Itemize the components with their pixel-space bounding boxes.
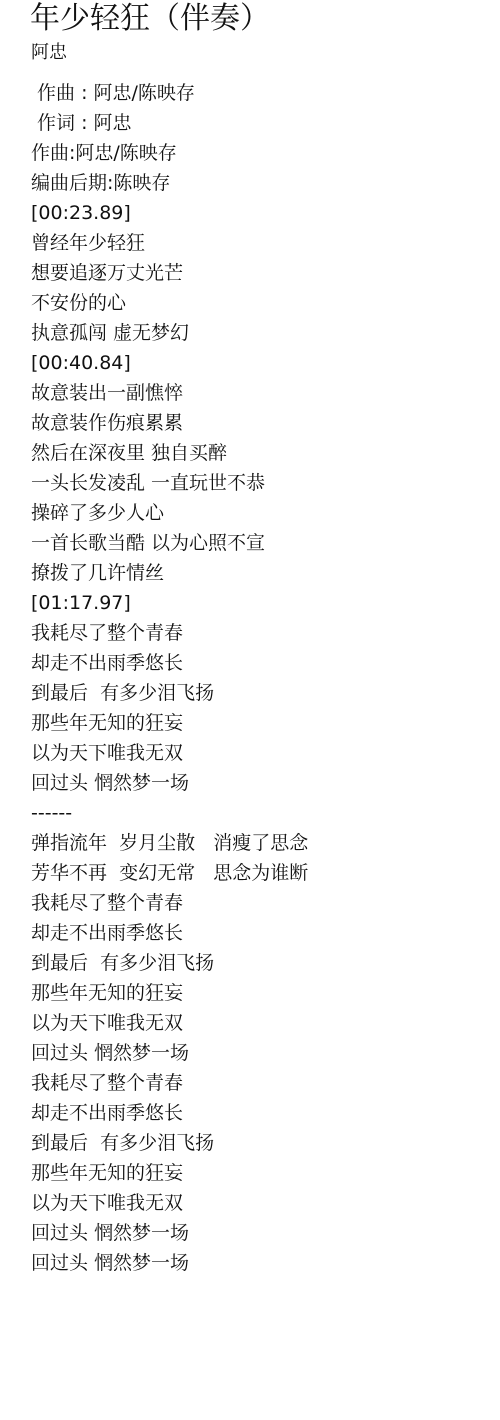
lyric-line: 我耗尽了整个青春	[31, 1068, 308, 1098]
lyric-line: 到最后 有多少泪飞扬	[31, 678, 308, 708]
lyric-line: 却走不出雨季悠长	[31, 918, 308, 948]
lyric-line: 然后在深夜里 独自买醉	[31, 438, 308, 468]
lyric-line: 芳华不再 变幻无常 思念为谁断	[31, 858, 308, 888]
lyric-line: 撩拨了几许情丝	[31, 558, 308, 588]
lyric-line: 编曲后期:陈映存	[31, 168, 308, 198]
lyric-line: 到最后 有多少泪飞扬	[31, 948, 308, 978]
lyric-line: [01:17.97]	[31, 588, 308, 618]
lyric-line: 以为天下唯我无双	[31, 1188, 308, 1218]
lyric-line: 操碎了多少人心	[31, 498, 308, 528]
lyric-line: 回过头 惘然梦一场	[31, 1218, 308, 1248]
lyric-line: 那些年无知的狂妄	[31, 708, 308, 738]
lyric-line: 故意装作伤痕累累	[31, 408, 308, 438]
lyric-line: 以为天下唯我无双	[31, 738, 308, 768]
song-title: 年少轻狂（伴奏）	[30, 0, 270, 38]
lyric-line: 却走不出雨季悠长	[31, 1098, 308, 1128]
lyric-line: 曾经年少轻狂	[31, 228, 308, 258]
song-artist: 阿忠	[31, 40, 67, 66]
lyric-line: 故意装出一副憔悴	[31, 378, 308, 408]
lyric-line: 想要追逐万丈光芒	[31, 258, 308, 288]
lyric-line: 那些年无知的狂妄	[31, 978, 308, 1008]
lyric-line: [00:40.84]	[31, 348, 308, 378]
lyric-line: 不安份的心	[31, 288, 308, 318]
lyric-line: 我耗尽了整个青春	[31, 618, 308, 648]
lyric-line: 那些年无知的狂妄	[31, 1158, 308, 1188]
lyric-line: 作曲 : 阿忠/陈映存	[31, 78, 308, 108]
lyric-line: 一首长歌当酷 以为心照不宣	[31, 528, 308, 558]
lyric-line: 却走不出雨季悠长	[31, 648, 308, 678]
lyric-line: 一头长发凌乱 一直玩世不恭	[31, 468, 308, 498]
lyric-line: 弹指流年 岁月尘散 消瘦了思念	[31, 828, 308, 858]
lyric-line: ------	[31, 798, 308, 828]
lyric-line: 回过头 惘然梦一场	[31, 768, 308, 798]
lyrics-list: 作曲 : 阿忠/陈映存 作词 : 阿忠作曲:阿忠/陈映存编曲后期:陈映存[00:…	[31, 78, 308, 1278]
lyric-line: [00:23.89]	[31, 198, 308, 228]
lyric-line: 到最后 有多少泪飞扬	[31, 1128, 308, 1158]
lyric-line: 回过头 惘然梦一场	[31, 1038, 308, 1068]
lyric-line: 以为天下唯我无双	[31, 1008, 308, 1038]
lyric-line: 作词 : 阿忠	[31, 108, 308, 138]
lyric-line: 我耗尽了整个青春	[31, 888, 308, 918]
lyric-line: 作曲:阿忠/陈映存	[31, 138, 308, 168]
lyric-line: 回过头 惘然梦一场	[31, 1248, 308, 1278]
lyric-line: 执意孤闯 虚无梦幻	[31, 318, 308, 348]
